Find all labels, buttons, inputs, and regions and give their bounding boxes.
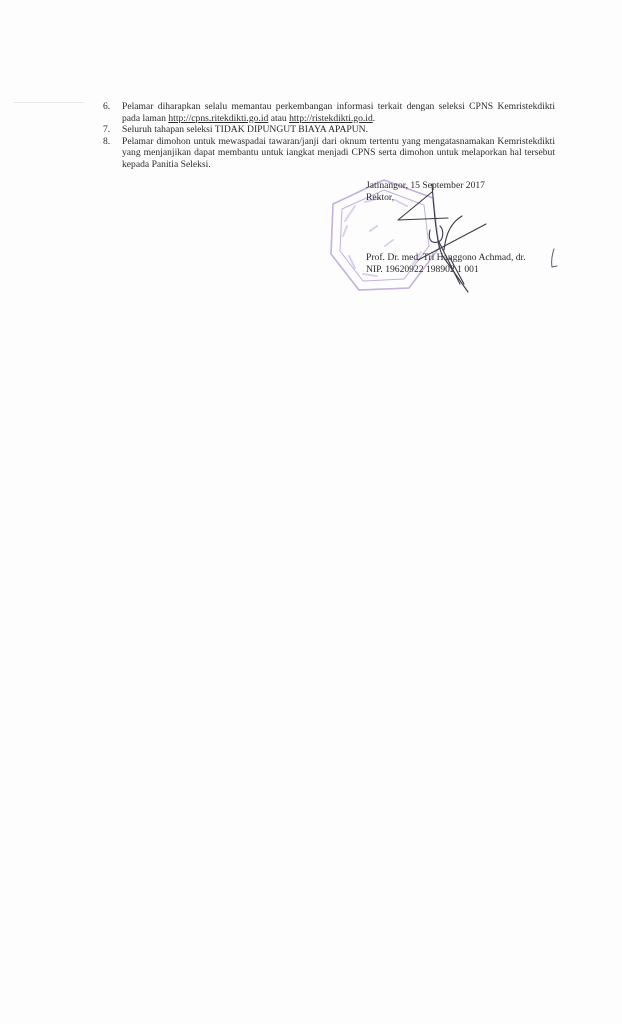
- note-number: 6.: [103, 101, 110, 113]
- document-page: 6. Pelamar diharapkan selalu memantau pe…: [0, 0, 622, 1024]
- note-text-part: .: [373, 113, 375, 124]
- note-text: Pelamar diharapkan selalu memantau perke…: [122, 101, 555, 124]
- note-item-7: 7. Seluruh tahapan seleksi TIDAK DIPUNGU…: [103, 124, 555, 136]
- note-number: 7.: [103, 124, 110, 136]
- note-item-8: 8. Pelamar dimohon untuk mewaspadai tawa…: [103, 136, 555, 171]
- paraf-initial-icon: [546, 247, 558, 269]
- note-text: Seluruh tahapan seleksi TIDAK DIPUNGUT B…: [122, 124, 555, 136]
- note-item-6: 6. Pelamar diharapkan selalu memantau pe…: [103, 101, 555, 124]
- cpns-link[interactable]: http://cpns.ritekdikti.go.id: [168, 113, 268, 124]
- handwritten-signature-icon: [390, 180, 510, 295]
- note-text-part: atau: [268, 113, 289, 124]
- note-number: 8.: [103, 136, 110, 148]
- notes-list: 6. Pelamar diharapkan selalu memantau pe…: [103, 101, 555, 171]
- ristekdikti-link[interactable]: http://ristekdikti.go.id: [289, 113, 373, 124]
- scan-artifact-line: [14, 102, 84, 103]
- note-text: Pelamar dimohon untuk mewaspadai tawaran…: [122, 136, 555, 171]
